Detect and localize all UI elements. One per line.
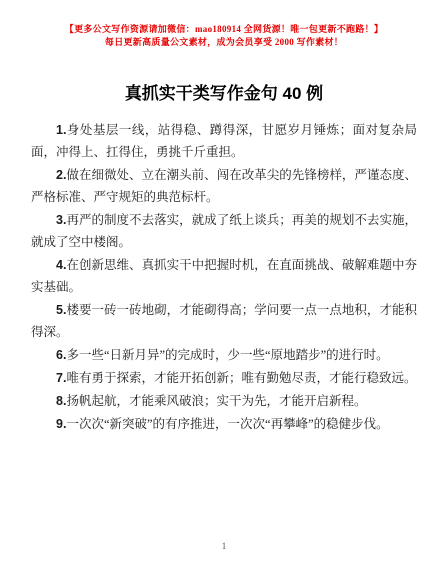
page-number: 1 (0, 541, 448, 551)
ad-header-line2: 每日更新高质量公文素材，成为会员享受 2000 写作素材！ (31, 36, 417, 49)
list-item: 1.身处基层一线，站得稳、蹲得深，甘愿岁月锤炼；面对复杂局面，冲得上、扛得住，勇… (31, 119, 417, 163)
item-text: 在创新思维、真抓实干中把握时机，在直面挑战、破解难题中夯实基础。 (31, 258, 417, 294)
ad-header-line1: 【更多公文写作资源请加微信：mao180914 全网货源！唯一包更新不跑路！】 (31, 23, 417, 36)
list-item: 9.一次次“新突破”的有序推进，一次次“再攀峰”的稳健步伐。 (31, 413, 417, 435)
item-number: 5. (56, 303, 66, 317)
item-text: 一次次“新突破”的有序推进，一次次“再攀峰”的稳健步伐。 (66, 417, 388, 431)
item-text: 再严的制度不去落实，就成了纸上谈兵；再美的规划不去实施，就成了空中楼阁。 (31, 213, 417, 249)
item-text: 楼要一砖一砖地砌，才能砌得高；学问要一点一点地积，才能积得深。 (31, 303, 417, 339)
page-title: 真抓实干类写作金句 40 例 (31, 82, 417, 106)
item-text: 唯有勇于探索，才能开拓创新；唯有勤勉尽责，才能行稳致远。 (66, 371, 416, 385)
item-number: 4. (56, 258, 66, 272)
list-item: 4.在创新思维、真抓实干中把握时机，在直面挑战、破解难题中夯实基础。 (31, 254, 417, 298)
item-number: 9. (56, 417, 66, 431)
item-number: 6. (56, 348, 66, 362)
item-number: 3. (56, 213, 66, 227)
item-text: 扬帆起航，才能乘风破浪；实干为先，才能开启新程。 (66, 394, 366, 408)
list-item: 3.再严的制度不去落实，就成了纸上谈兵；再美的规划不去实施，就成了空中楼阁。 (31, 209, 417, 253)
list-item: 6.多一些“日新月异”的完成时，少一些“原地踏步”的进行时。 (31, 344, 417, 366)
list-item: 8.扬帆起航，才能乘风破浪；实干为先，才能开启新程。 (31, 390, 417, 412)
document-body: 1.身处基层一线，站得稳、蹲得深，甘愿岁月锤炼；面对复杂局面，冲得上、扛得住，勇… (31, 119, 417, 435)
item-number: 2. (56, 168, 66, 182)
ad-header: 【更多公文写作资源请加微信：mao180914 全网货源！唯一包更新不跑路！】 … (31, 23, 417, 49)
item-number: 8. (56, 394, 66, 408)
item-number: 7. (56, 371, 66, 385)
item-text: 做在细微处、立在潮头前、闯在改革尖的先锋榜样，严谨态度、严格标准、严守规矩的典范… (31, 168, 417, 204)
list-item: 5.楼要一砖一砖地砌，才能砌得高；学问要一点一点地积，才能积得深。 (31, 299, 417, 343)
item-text: 身处基层一线，站得稳、蹲得深，甘愿岁月锤炼；面对复杂局面，冲得上、扛得住，勇挑千… (31, 123, 417, 159)
list-item: 2.做在细微处、立在潮头前、闯在改革尖的先锋榜样，严谨态度、严格标准、严守规矩的… (31, 164, 417, 208)
list-item: 7.唯有勇于探索，才能开拓创新；唯有勤勉尽责，才能行稳致远。 (31, 367, 417, 389)
item-text: 多一些“日新月异”的完成时，少一些“原地踏步”的进行时。 (66, 348, 388, 362)
document-page: 【更多公文写作资源请加微信：mao180914 全网货源！唯一包更新不跑路！】 … (0, 0, 448, 580)
item-number: 1. (56, 123, 66, 137)
